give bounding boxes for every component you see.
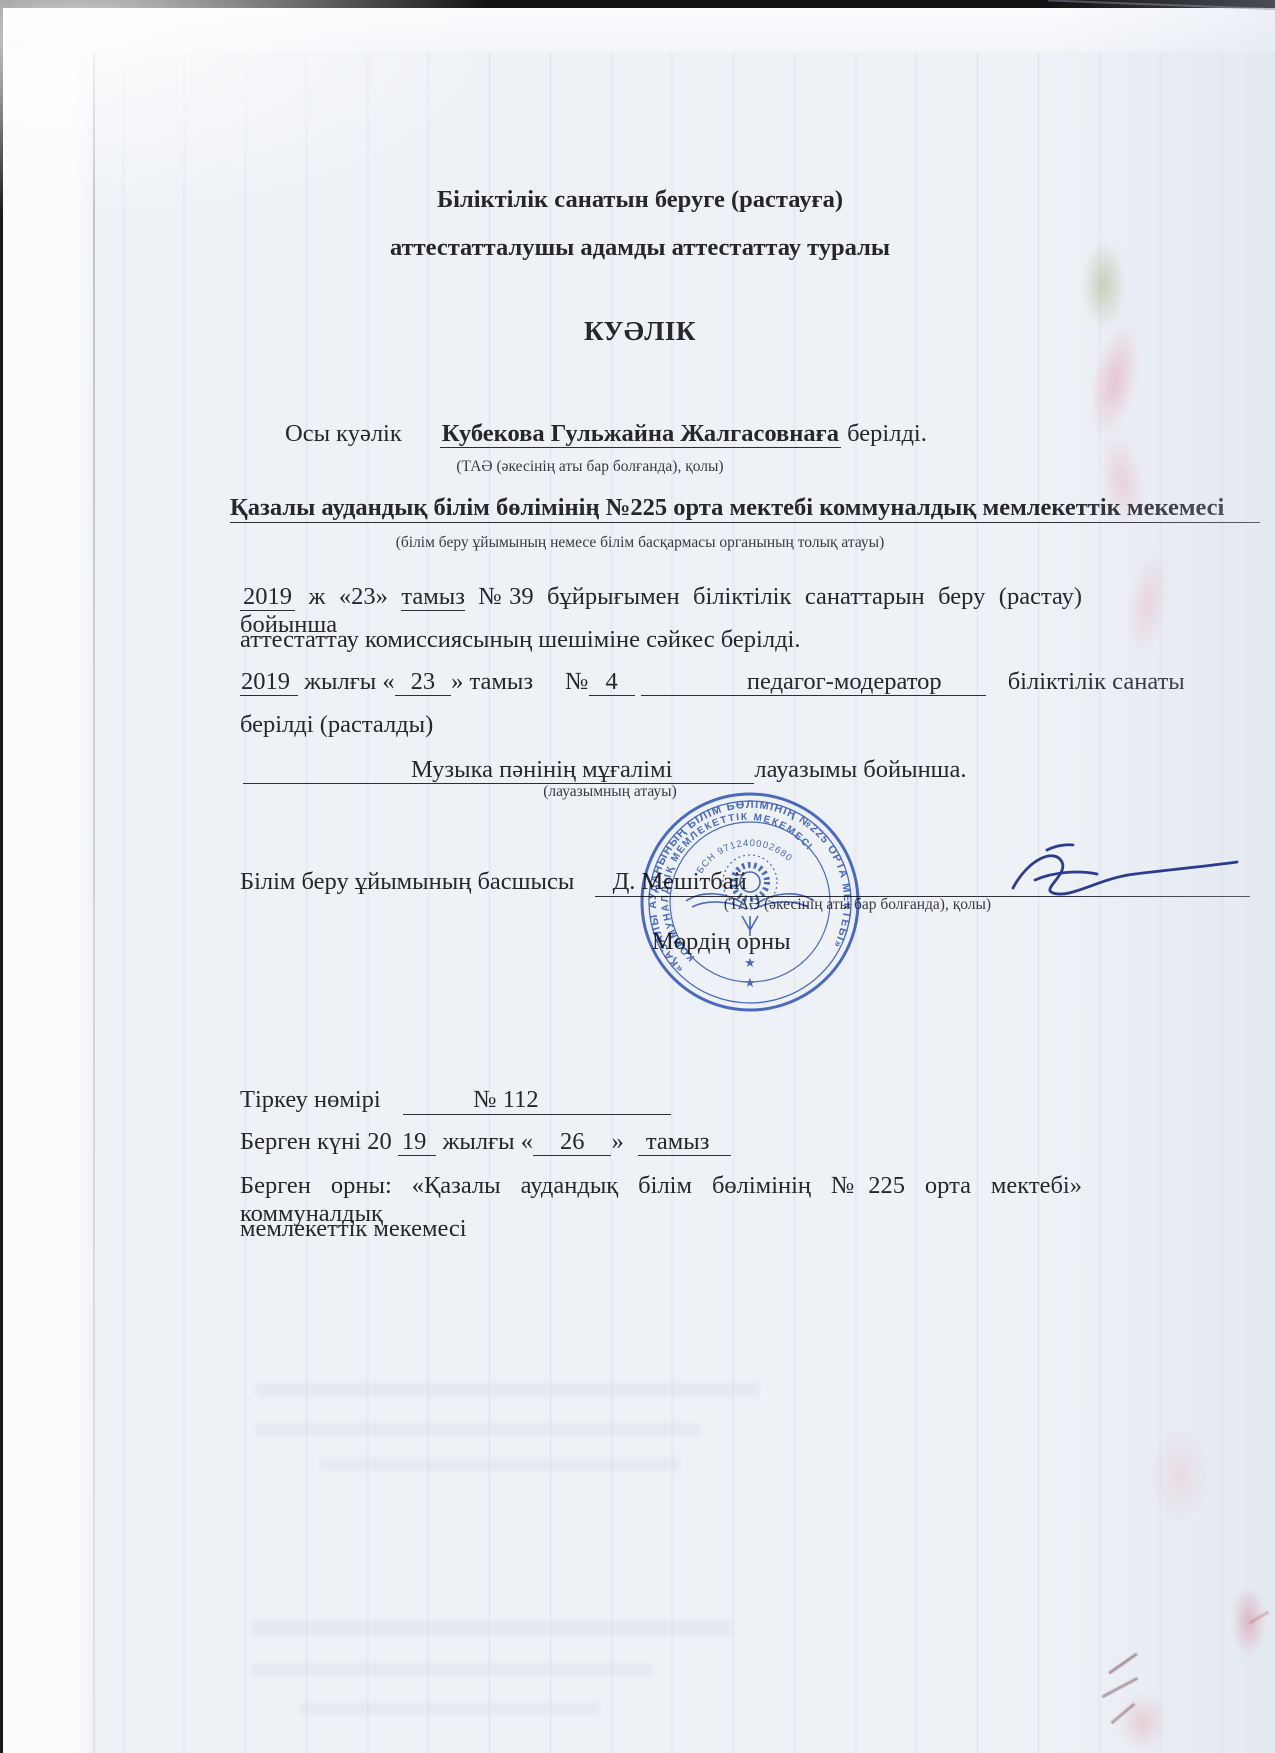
bleed-through-text [255,1382,760,1397]
issued-to-tail: берілді. [847,420,927,447]
issue-date-line: Берген күні 20 19 жылғы «26» тамыз [240,1128,731,1156]
stamp-bin-text: БСН 971240002680 [695,838,795,876]
decision-year-suffix: ж [308,583,325,610]
scan-top-margin [0,8,1275,52]
category-day: 23 [395,668,452,696]
issue-place-line2: мемлекеттік мекемесі [240,1215,467,1243]
scan-scribble-mark [1111,1703,1136,1725]
registration-line: Тіркеу нөмірі № 112 [240,1086,671,1115]
scan-scribble-mark [1102,1677,1139,1698]
scan-smudge [1119,545,1177,660]
bleed-through-text [255,1422,700,1436]
category-year: 2019 [240,668,298,696]
official-stamp: «ҚАЗАЛЫ АУДАНЫНЫҢ БІЛІМ БӨЛІМІНІҢ №225 О… [638,790,862,1014]
issue-date-quote-open: « [521,1128,533,1155]
bleed-through-text [252,1662,652,1676]
signature [995,836,1260,916]
registration-label: Тіркеу нөмірі [240,1086,381,1113]
position-tail: лауазымы бойынша. [754,756,966,783]
bleed-through-text [320,1458,680,1471]
organization-line: Қазалы аудандық білім бөлімінің №225 орт… [230,494,1260,523]
quote-close: » [451,668,463,695]
organization-name: Қазалы аудандық білім бөлімінің №225 орт… [230,494,1260,523]
recipient-name: Кубекова Гульжайна Жалгасовнаға [440,420,841,448]
pretitle-line1: Біліктілік санатын беруге (растауға) [140,186,1140,214]
scan-scribble-mark [1249,1611,1270,1625]
position-value: Музыка пәнінің мұғалімі [411,756,672,783]
stamp-graphic: «ҚАЗАЛЫ АУДАНЫНЫҢ БІЛІМ БӨЛІМІНІҢ №225 О… [638,790,862,1014]
position-blank: Музыка пәнінің мұғалімі [243,756,754,784]
category-no-sign: № [565,668,588,695]
category-line2: берілді (расталды) [240,711,433,739]
stamp-star-bottom: ★ [744,975,756,990]
scan-scribble-mark [1108,1653,1138,1675]
stamp-star-top: ★ [744,955,756,970]
registration-value: № 112 [473,1086,538,1113]
decision-day: «23» [339,583,388,610]
category-year-label: жылғы [304,668,376,695]
category-month: тамыз [470,668,534,695]
issue-date-label: Берген күні 20 [240,1128,392,1155]
issued-to-caption: (ТАӘ (әкесінің аты бар болғанда), қолы) [330,458,850,476]
svg-text:БСН 971240002680: БСН 971240002680 [695,838,795,876]
category-no-value: 4 [589,668,635,696]
scan-left-edge [0,0,3,1753]
scan-left-margin [3,0,93,1753]
scan-smudge [1150,1425,1210,1525]
decision-year: 2019 [240,583,295,611]
decision-month: тамыз [401,583,465,611]
category-blank-name: педагог-модератор [641,668,986,696]
quote-open: « [382,668,394,695]
pretitle-line2: аттестатталушы адамды аттестаттау туралы [140,234,1140,262]
issue-date-quote-close: » [611,1128,623,1155]
issued-to-lead: Осы куәлік [285,420,402,447]
registration-blank: № 112 [403,1086,671,1115]
decision-line2: аттестаттау комиссиясының шешіміне сәйке… [240,626,800,654]
category-line: 2019 жылғы «23» тамыз №4 педагог-модерат… [240,668,1185,696]
svg-text:«ҚАЗАЛЫ АУДАНЫНЫҢ БІЛІМ БӨЛІМІ: «ҚАЗАЛЫ АУДАНЫНЫҢ БІЛІМ БӨЛІМІНІҢ №225 О… [647,799,853,975]
bleed-through-text [300,1702,600,1715]
issued-to-line: Осы куәлікКубекова Гульжайна Жалгасовнағ… [285,420,927,448]
scan-page-fold [93,30,95,1753]
position-line: Музыка пәнінің мұғалімілауазымы бойынша. [243,756,967,784]
stamp-outer-ring-text: «ҚАЗАЛЫ АУДАНЫНЫҢ БІЛІМ БӨЛІМІНІҢ №225 О… [647,799,853,975]
certificate-title: КУӘЛІК [140,316,1140,347]
category-name: педагог-модератор [747,668,942,695]
issue-date-month: тамыз [638,1128,732,1156]
bleed-through-text [252,1620,732,1636]
issue-date-day: 26 [533,1128,612,1156]
head-label: Білім беру ұйымының басшысы [240,868,574,895]
organization-caption: (білім беру ұйымының немесе білім басқар… [240,534,1040,552]
certificate-page: Біліктілік санатын беруге (растауға) атт… [0,0,1275,1753]
issue-date-year-label: жылғы [442,1128,514,1155]
issue-date-year: 19 [398,1128,437,1156]
decision-order-no: №39 [478,583,533,610]
scan-smudge [1118,1692,1168,1752]
category-tail: біліктілік санаты [1008,668,1185,695]
